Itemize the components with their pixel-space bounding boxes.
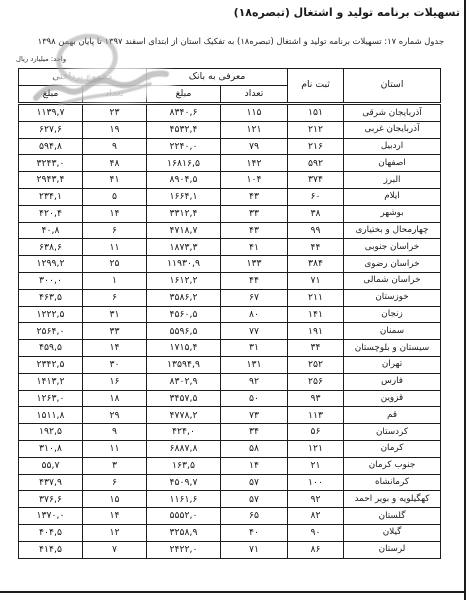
cell-intro_count: ۷۱ (221, 541, 288, 558)
cell-intro_amount: ۲۴۲۲,۰ (147, 541, 221, 558)
cell-paid_amount: ۴۶۳,۵ (19, 289, 83, 306)
cell-province: سمنان (344, 323, 441, 340)
table-row: اصفهان۵۹۲۱۴۲۱۶۸۱۶,۵۴۸۳۲۴۳,۰ (19, 155, 441, 172)
table-caption: جدول شماره ۱۷: تسهیلات برنامه تولید و اش… (2, 36, 444, 46)
cell-province: کرمانشاه (344, 474, 441, 491)
header-intro-count: تعداد (221, 86, 288, 104)
table-row: کهگیلویه و بویر احمد۹۲۵۷۱۱۶۱,۶۱۵۳۷۶,۶ (19, 491, 441, 508)
table-row: البرز۳۷۴۱۰۴۸۹۰۴,۵۴۱۲۹۴۳,۴ (19, 172, 441, 189)
cell-intro_amount: ۱۷۱۵,۴ (147, 340, 221, 357)
cell-paid_amount: ۵۹۴,۸ (19, 138, 83, 155)
cell-intro_count: ۴۴ (221, 272, 288, 289)
cell-intro_amount: ۳۴۵۷,۵ (147, 390, 221, 407)
cell-paid_count: ۱۸ (83, 390, 147, 407)
cell-intro_count: ۱۱۵ (221, 104, 288, 122)
cell-paid_count: ۹ (83, 424, 147, 441)
cell-intro_amount: ۸۳۴۰,۶ (147, 104, 221, 122)
cell-paid_amount: ۳۰۰,۰ (19, 272, 83, 289)
cell-reg: ۲۵۶ (288, 373, 344, 390)
cell-province: خراسان شمالی (344, 272, 441, 289)
cell-paid_amount: ۳۲۴۳,۰ (19, 155, 83, 172)
table-row: لرستان۸۶۷۱۲۴۲۲,۰۷۴۱۴,۵ (19, 541, 441, 558)
cell-reg: ۱۹۱ (288, 323, 344, 340)
cell-intro_amount: ۴۵۶۰,۵ (147, 306, 221, 323)
cell-intro_count: ۱۰۴ (221, 172, 288, 189)
cell-reg: ۲۱۲ (288, 121, 344, 138)
table-row: جنوب کرمان۲۱۱۴۱۶۳,۵۳۵۵,۷ (19, 457, 441, 474)
cell-reg: ۵۶ (288, 424, 344, 441)
cell-province: ایلام (344, 188, 441, 205)
cell-reg: ۸۲ (288, 508, 344, 525)
cell-paid_amount: ۴۱۴,۵ (19, 541, 83, 558)
cell-intro_count: ۷۷ (221, 323, 288, 340)
cell-intro_count: ۶۵ (221, 508, 288, 525)
table-body: آذربایجان شرقی۱۵۱۱۱۵۸۳۴۰,۶۲۳۱۱۳۹,۷آذربای… (19, 104, 441, 559)
cell-intro_count: ۶۷ (221, 289, 288, 306)
cell-reg: ۹۰ (288, 524, 344, 541)
cell-reg: ۷۱ (288, 272, 344, 289)
cell-paid_amount: ۴۵۹,۵ (19, 340, 83, 357)
cell-paid_count: ۱۴ (83, 340, 147, 357)
cell-reg: ۲۵۲ (288, 356, 344, 373)
cell-province: کهگیلویه و بویر احمد (344, 491, 441, 508)
cell-province: گلستان (344, 508, 441, 525)
cell-intro_count: ۹۲ (221, 373, 288, 390)
table-row: کردستان۵۶۳۴۴۲۴,۰۹۱۹۲,۵ (19, 424, 441, 441)
table-row: خراسان شمالی۷۱۴۴۱۶۱۲,۲۱۳۰۰,۰ (19, 272, 441, 289)
cell-reg: ۱۰۰ (288, 474, 344, 491)
header-bank-intro-group: معرفی به بانک (147, 69, 288, 86)
cell-paid_amount: ۲۳۴۲,۵ (19, 356, 83, 373)
cell-province: قم (344, 407, 441, 424)
table-row: قم۱۱۳۷۳۴۷۷۸,۲۲۹۱۵۱۱,۸ (19, 407, 441, 424)
cell-intro_amount: ۸۹۰۴,۵ (147, 172, 221, 189)
table-row: بوشهر۳۸۳۳۳۳۱۲,۴۱۴۴۲۰,۴ (19, 205, 441, 222)
cell-province: کردستان (344, 424, 441, 441)
table-row: قزوین۹۳۵۰۳۴۵۷,۵۱۸۱۲۶۳,۰ (19, 390, 441, 407)
cell-intro_count: ۱۴ (221, 457, 288, 474)
cell-paid_amount: ۴۲۰,۴ (19, 205, 83, 222)
cell-paid_amount: ۲۹۴۳,۴ (19, 172, 83, 189)
cell-province: زنجان (344, 306, 441, 323)
cell-reg: ۳۸ (288, 205, 344, 222)
cell-intro_amount: ۱۶۶۴,۱ (147, 188, 221, 205)
cell-paid_count: ۴۱ (83, 172, 147, 189)
cell-reg: ۳۴ (288, 340, 344, 357)
cell-intro_count: ۳۳ (221, 205, 288, 222)
cell-paid_count: ۲۵ (83, 256, 147, 273)
cell-paid_amount: ۱۴۱۳,۲ (19, 373, 83, 390)
table-row: فارس۲۵۶۹۲۸۳۰۲,۹۱۶۱۴۱۳,۲ (19, 373, 441, 390)
cell-paid_amount: ۳۷۶,۶ (19, 491, 83, 508)
cell-paid_amount: ۴۰,۸ (19, 222, 83, 239)
cell-intro_amount: ۴۵۳۲,۴ (147, 121, 221, 138)
cell-province: آذربایجان غربی (344, 121, 441, 138)
cell-paid_amount: ۱۹۲,۵ (19, 424, 83, 441)
cell-reg: ۱۴۱ (288, 306, 344, 323)
cell-paid_amount: ۱۲۹۹,۲ (19, 256, 83, 273)
table-row: تهران۲۵۲۱۳۱۱۳۵۹۴,۹۳۰۲۳۴۲,۵ (19, 356, 441, 373)
cell-province: البرز (344, 172, 441, 189)
cell-paid_count: ۱۱ (83, 440, 147, 457)
cell-intro_amount: ۶۸۸۷,۸ (147, 440, 221, 457)
header-intro-amount: مبلغ (147, 86, 221, 104)
cell-intro_amount: ۱۶۱۲,۲ (147, 272, 221, 289)
cell-intro_amount: ۱۳۵۹۴,۹ (147, 356, 221, 373)
page-title: تسهیلات برنامه تولید و اشتغال (تبصره۱۸) (10, 6, 460, 19)
cell-province: چهارمحال و بختیاری (344, 222, 441, 239)
cell-paid_amount: ۱۲۶۳,۰ (19, 390, 83, 407)
cell-intro_amount: ۸۳۰۲,۹ (147, 373, 221, 390)
header-paid-count: تعداد (83, 86, 147, 104)
cell-intro_amount: ۱۸۷۳,۳ (147, 239, 221, 256)
cell-province: خراسان رضوی (344, 256, 441, 273)
cell-intro_count: ۳۱ (221, 340, 288, 357)
table-row: خراسان رضوی۳۸۴۱۳۳۱۱۹۳۰,۹۲۵۱۲۹۹,۲ (19, 256, 441, 273)
cell-province: سیستان و بلوچستان (344, 340, 441, 357)
header-paid-amount: مبلغ (19, 86, 83, 104)
cell-paid_amount: ۵۵,۷ (19, 457, 83, 474)
cell-intro_count: ۴۳ (221, 188, 288, 205)
cell-intro_amount: ۴۵۰۹,۷ (147, 474, 221, 491)
header-total-paid-group: مجموع پرداختی (19, 69, 147, 86)
cell-province: اصفهان (344, 155, 441, 172)
cell-reg: ۲۱۶ (288, 138, 344, 155)
cell-province: بوشهر (344, 205, 441, 222)
cell-intro_amount: ۱۱۹۳۰,۹ (147, 256, 221, 273)
cell-reg: ۹۲ (288, 491, 344, 508)
table-row: ایلام۶۰۴۳۱۶۶۴,۱۵۲۳۴,۱ (19, 188, 441, 205)
cell-reg: ۱۱۳ (288, 407, 344, 424)
cell-paid_count: ۱۴ (83, 508, 147, 525)
cell-paid_count: ۱۵ (83, 491, 147, 508)
header-province: استان (344, 69, 441, 104)
header-registration: ثبت نام (288, 69, 344, 104)
cell-province: کرمان (344, 440, 441, 457)
cell-intro_count: ۷۳ (221, 407, 288, 424)
cell-province: آذربایجان شرقی (344, 104, 441, 122)
cell-intro_count: ۱۳۳ (221, 256, 288, 273)
cell-intro_amount: ۲۲۴۰,۰ (147, 138, 221, 155)
table-row: سیستان و بلوچستان۳۴۳۱۱۷۱۵,۴۱۴۴۵۹,۵ (19, 340, 441, 357)
cell-province: لرستان (344, 541, 441, 558)
cell-reg: ۳۸۴ (288, 256, 344, 273)
cell-paid_amount: ۱۵۱۱,۸ (19, 407, 83, 424)
cell-intro_amount: ۳۳۱۲,۴ (147, 205, 221, 222)
page-border-bottom (0, 591, 466, 593)
table-row: گیلان۹۰۴۰۳۲۵۸,۹۱۲۴۰۴,۵ (19, 524, 441, 541)
cell-intro_count: ۵۷ (221, 474, 288, 491)
cell-paid_amount: ۲۳۴,۱ (19, 188, 83, 205)
cell-intro_count: ۵۷ (221, 491, 288, 508)
cell-paid_count: ۱۶ (83, 373, 147, 390)
cell-paid_amount: ۱۳۷۰,۰ (19, 508, 83, 525)
cell-paid_count: ۲۳ (83, 104, 147, 122)
cell-paid_count: ۹ (83, 138, 147, 155)
cell-paid_amount: ۶۳۸,۶ (19, 239, 83, 256)
cell-paid_count: ۵ (83, 188, 147, 205)
cell-paid_count: ۲۹ (83, 407, 147, 424)
cell-intro_amount: ۱۱۶۱,۶ (147, 491, 221, 508)
cell-paid_count: ۱۴ (83, 205, 147, 222)
cell-intro_amount: ۱۶۳,۵ (147, 457, 221, 474)
cell-intro_count: ۵۰ (221, 390, 288, 407)
cell-reg: ۴۴ (288, 239, 344, 256)
cell-paid_count: ۱۹ (83, 121, 147, 138)
cell-paid_count: ۳ (83, 457, 147, 474)
cell-reg: ۱۲۱ (288, 440, 344, 457)
cell-reg: ۹۳ (288, 390, 344, 407)
cell-intro_count: ۱۴۲ (221, 155, 288, 172)
cell-paid_amount: ۱۲۲۲,۵ (19, 306, 83, 323)
table-row: کرمانشاه۱۰۰۵۷۴۵۰۹,۷۶۴۳۷,۹ (19, 474, 441, 491)
cell-paid_count: ۶ (83, 289, 147, 306)
cell-intro_amount: ۳۲۵۸,۹ (147, 524, 221, 541)
table-row: زنجان۱۴۱۸۰۴۵۶۰,۵۳۱۱۲۲۲,۵ (19, 306, 441, 323)
table-row: آذربایجان شرقی۱۵۱۱۱۵۸۳۴۰,۶۲۳۱۱۳۹,۷ (19, 104, 441, 122)
cell-paid_amount: ۱۱۳۹,۷ (19, 104, 83, 122)
unit-note: واحد: میلیارد ریال (16, 55, 86, 63)
cell-paid_amount: ۶۲۷,۶ (19, 121, 83, 138)
cell-intro_amount: ۴۷۱۸,۷ (147, 222, 221, 239)
cell-paid_count: ۱۲ (83, 524, 147, 541)
cell-paid_count: ۱ (83, 272, 147, 289)
cell-intro_amount: ۵۵۵۲,۰ (147, 508, 221, 525)
cell-reg: ۹۹ (288, 222, 344, 239)
cell-reg: ۸۶ (288, 541, 344, 558)
scanned-table-page: { "page": { "title": "تسهیلات برنامه تول… (0, 0, 470, 600)
cell-province: تهران (344, 356, 441, 373)
table-header: استان ثبت نام معرفی به بانک مجموع پرداخت… (19, 69, 441, 104)
cell-reg: ۲۱ (288, 457, 344, 474)
cell-paid_amount: ۲۵۶۴,۰ (19, 323, 83, 340)
cell-intro_count: ۱۳۱ (221, 356, 288, 373)
cell-province: قزوین (344, 390, 441, 407)
cell-intro_count: ۴۳ (221, 222, 288, 239)
table-row: کرمان۱۲۱۵۸۶۸۸۷,۸۱۱۳۱۰,۸ (19, 440, 441, 457)
cell-reg: ۳۷۴ (288, 172, 344, 189)
cell-paid_count: ۶ (83, 222, 147, 239)
cell-paid_count: ۶ (83, 474, 147, 491)
cell-intro_count: ۴۰ (221, 524, 288, 541)
page-border-right (464, 0, 466, 600)
cell-province: خوزستان (344, 289, 441, 306)
table-row: اردبیل۲۱۶۷۹۲۲۴۰,۰۹۵۹۴,۸ (19, 138, 441, 155)
cell-reg: ۱۵۱ (288, 104, 344, 122)
table-row: خراسان جنوبی۴۴۴۱۱۸۷۳,۳۱۱۶۳۸,۶ (19, 239, 441, 256)
cell-province: گیلان (344, 524, 441, 541)
cell-province: اردبیل (344, 138, 441, 155)
cell-paid_amount: ۴۰۴,۵ (19, 524, 83, 541)
province-facilities-table: استان ثبت نام معرفی به بانک مجموع پرداخت… (18, 68, 441, 559)
cell-province: خراسان جنوبی (344, 239, 441, 256)
table-row: خوزستان۲۱۱۶۷۳۵۸۶,۲۶۴۶۳,۵ (19, 289, 441, 306)
cell-intro_amount: ۴۷۷۸,۲ (147, 407, 221, 424)
cell-paid_amount: ۴۳۷,۹ (19, 474, 83, 491)
cell-intro_amount: ۳۵۸۶,۲ (147, 289, 221, 306)
cell-paid_count: ۴۸ (83, 155, 147, 172)
cell-province: فارس (344, 373, 441, 390)
cell-reg: ۶۰ (288, 188, 344, 205)
cell-intro_amount: ۱۶۸۱۶,۵ (147, 155, 221, 172)
cell-intro_amount: ۴۲۴,۰ (147, 424, 221, 441)
cell-intro_count: ۳۴ (221, 424, 288, 441)
cell-intro_count: ۱۲۱ (221, 121, 288, 138)
cell-province: جنوب کرمان (344, 457, 441, 474)
cell-paid_amount: ۳۱۰,۸ (19, 440, 83, 457)
cell-intro_count: ۵۸ (221, 440, 288, 457)
cell-paid_count: ۳۰ (83, 356, 147, 373)
cell-paid_count: ۳۱ (83, 306, 147, 323)
cell-intro_amount: ۵۵۹۶,۵ (147, 323, 221, 340)
cell-paid_count: ۱۱ (83, 239, 147, 256)
cell-reg: ۲۱۱ (288, 289, 344, 306)
table-row: سمنان۱۹۱۷۷۵۵۹۶,۵۳۳۲۵۶۴,۰ (19, 323, 441, 340)
cell-intro_count: ۸۰ (221, 306, 288, 323)
table-row: گلستان۸۲۶۵۵۵۵۲,۰۱۴۱۳۷۰,۰ (19, 508, 441, 525)
cell-intro_count: ۴۱ (221, 239, 288, 256)
table-row: آذربایجان غربی۲۱۲۱۲۱۴۵۳۲,۴۱۹۶۲۷,۶ (19, 121, 441, 138)
table-row: چهارمحال و بختیاری۹۹۴۳۴۷۱۸,۷۶۴۰,۸ (19, 222, 441, 239)
cell-intro_count: ۷۹ (221, 138, 288, 155)
cell-paid_count: ۷ (83, 541, 147, 558)
cell-reg: ۵۹۲ (288, 155, 344, 172)
cell-paid_count: ۳۳ (83, 323, 147, 340)
